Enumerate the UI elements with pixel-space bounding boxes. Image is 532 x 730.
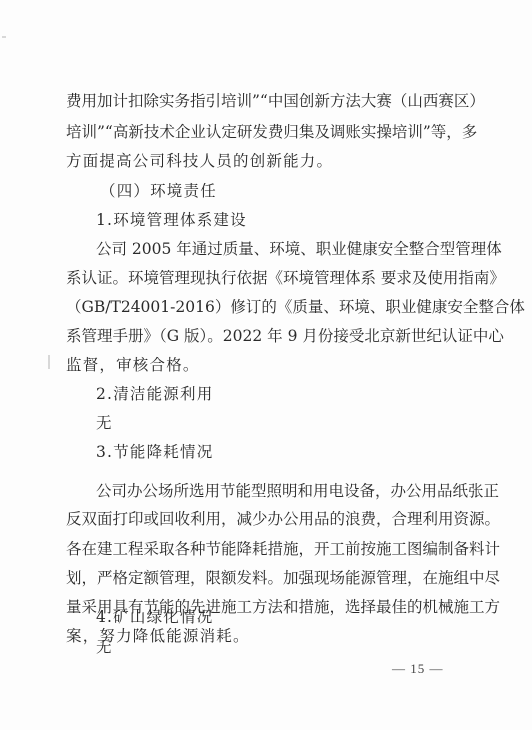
subsection-heading: 4.矿山绿化情况 xyxy=(96,607,213,627)
paragraph-line: 反双面打印或回收利用，减少办公用品的浪费，合理利用资源。 xyxy=(66,509,464,529)
subsection-heading: 2.清洁能源利用 xyxy=(96,384,213,404)
scan-artifact xyxy=(48,355,50,369)
paragraph-line: 划，严格定额管理，限额发料。加强现场能源管理，在施组中尽 xyxy=(66,568,464,588)
paragraph-line: 公司 2005 年通过质量、环境、职业健康安全整合型管理体 xyxy=(96,239,464,259)
paragraph-line: 无 xyxy=(96,637,113,657)
paragraph-line: 案，努力降低能源消耗。 xyxy=(66,626,250,646)
subsection-heading: 3.节能降耗情况 xyxy=(96,442,213,462)
paragraph-line: 培训”“高新技术企业认定研发费归集及调账实操培训”等，多 xyxy=(66,122,464,142)
paragraph-line: 方面提高公司科技人员的创新能力。 xyxy=(66,151,333,171)
page-number: — 15 — xyxy=(392,661,444,677)
paragraph-line: 监督，审核合格。 xyxy=(66,355,200,375)
section-heading: （四）环境责任 xyxy=(100,181,217,201)
paragraph-line: 系认证。环境管理现执行依据《环境管理体系 要求及使用指南》 xyxy=(66,268,464,288)
paragraph-line: （GB/T24001-2016）修订的《质量、环境、职业健康安全整合体 xyxy=(66,297,464,317)
subsection-heading: 1.环境管理体系建设 xyxy=(96,210,247,230)
document-page: 费用加计扣除实务指引培训”“中国创新方法大赛（山西赛区） 培训”“高新技术企业认… xyxy=(0,0,532,730)
paragraph-line: 费用加计扣除实务指引培训”“中国创新方法大赛（山西赛区） xyxy=(66,91,464,111)
paragraph-line: 无 xyxy=(96,413,113,433)
paragraph-line: 系管理手册》（G 版）。2022 年 9 月份接受北京新世纪认证中心 xyxy=(66,326,464,346)
scan-artifact xyxy=(2,36,6,38)
paragraph-line: 公司办公场所选用节能型照明和用电设备，办公用品纸张正 xyxy=(96,481,464,501)
paragraph-line: 各在建工程采取各种节能降耗措施，开工前按施工图编制备料计 xyxy=(66,539,464,559)
